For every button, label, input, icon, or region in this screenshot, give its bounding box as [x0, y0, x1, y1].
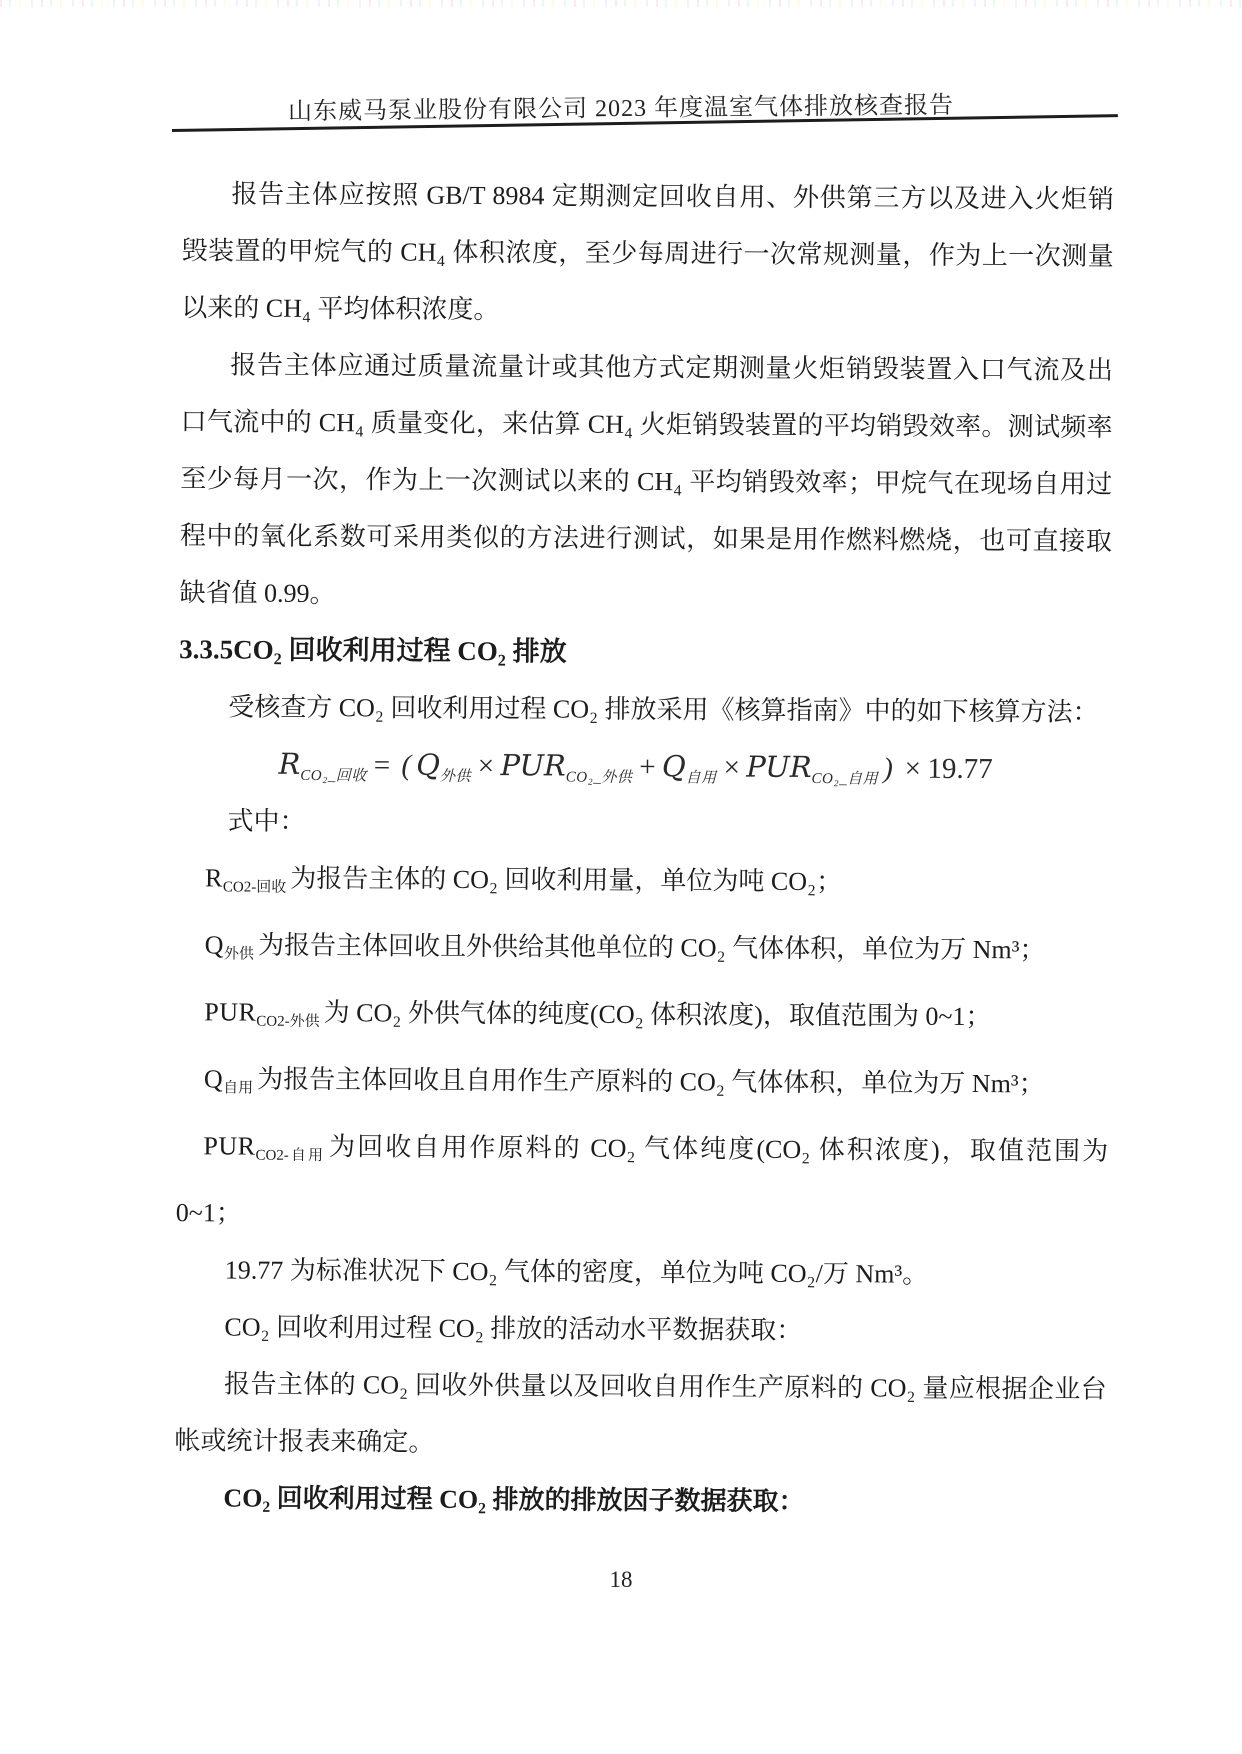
definition-q-external: Q外供为报告主体回收且外供给其他单位的 CO₂ 气体体积，单位为万 Nm³； [177, 916, 1109, 989]
paragraph-emission-factor: CO₂ 回收利用过程 CO₂ 排放的排放因子数据获取： [174, 1469, 1106, 1532]
formula-multiply-sign-1: × [471, 750, 501, 782]
formula-plus-sign: + [632, 751, 662, 783]
definition-pur-external-text: 为 CO₂ 外供气体的纯度(CO₂ 体积浓度)，取值范围为 0~1； [324, 998, 992, 1031]
definition-pur-external-symbol: PUR [204, 997, 256, 1026]
formula-q-external-subscript: 外供 [440, 769, 471, 785]
paragraph-flare-measurement: 报告主体应通过质量流量计或其他方式定期测量火炬销毁装置入口气流及出口气流中的 C… [179, 336, 1113, 627]
formula-q-external-symbol: Q [416, 748, 440, 782]
definition-q-external-text: 为报告主体回收且外供给其他单位的 CO₂ 气体体积，单位为万 Nm³； [258, 931, 1046, 965]
paragraph-method-intro: 受核查方 CO₂ 回收利用过程 CO₂ 排放采用《核算指南》中的如下核算方法： [179, 678, 1111, 741]
page-number: 18 [0, 1567, 1242, 1593]
formula-pur-external-symbol: PUR [500, 748, 565, 782]
paragraph-activity-data: CO₂ 回收利用过程 CO₂ 排放的活动水平数据获取： [175, 1298, 1107, 1361]
definition-pur-selfuse: PURCO2-自用为回收自用作原料的 CO₂ 气体纯度(CO₂ 体积浓度)，取值… [176, 1117, 1109, 1247]
definition-q-external-subscript: 外供 [224, 946, 254, 962]
formula-pur-external-subscript: CO₂_外供 [566, 770, 633, 786]
formula-close-paren: ) [878, 752, 898, 784]
formula-open-paren: ( [396, 749, 416, 781]
definition-r-symbol: R [205, 863, 223, 892]
formula-multiply-sign-3: × [898, 753, 928, 785]
definition-q-selfuse-text: 为报告主体回收且自用作生产原料的 CO₂ 气体体积，单位为万 Nm³； [257, 1065, 1045, 1099]
definition-q-external-symbol: Q [205, 930, 224, 959]
formula-lhs-subscript: CO₂_回收 [300, 768, 367, 784]
paragraph-data-source: 报告主体的 CO₂ 回收外供量以及回收自用作生产原料的 CO₂ 量应根据企业台帐… [174, 1355, 1107, 1475]
definition-r-subscript: CO2-回收 [223, 879, 286, 895]
formula-q-selfuse-subscript: 自用 [686, 770, 717, 786]
formula-pur-selfuse-subscript: CO₂_自用 [811, 771, 878, 787]
definition-pur-selfuse-subscript: CO2-自用 [255, 1148, 325, 1164]
definition-r-text: 为报告主体的 CO₂ 回收利用量，单位为吨 CO₂； [290, 864, 842, 896]
co2-recovery-formula: RCO₂_回收=(Q外供×PURCO₂_外供+Q自用×PURCO₂_自用)×19… [178, 735, 1110, 798]
formula-q-selfuse-symbol: Q [662, 749, 686, 783]
formula-multiply-sign-2: × [717, 751, 747, 783]
definition-r-recovery: RCO2-回收为报告主体的 CO₂ 回收利用量，单位为吨 CO₂； [178, 849, 1110, 922]
definition-q-selfuse-subscript: 自用 [223, 1080, 253, 1096]
definition-q-selfuse: Q自用为报告主体回收且自用作生产原料的 CO₂ 气体体积，单位为万 Nm³； [176, 1050, 1108, 1123]
definition-q-selfuse-symbol: Q [204, 1064, 223, 1093]
definition-pur-selfuse-symbol: PUR [203, 1131, 255, 1160]
paragraph-ch4-concentration: 报告主体应按照 GB/T 8984 定期测定回收自用、外供第三方以及进入火炬销毁… [181, 165, 1114, 342]
document-page: 山东威马泵业股份有限公司 2023 年度温室气体排放核查报告 报告主体应按照 G… [0, 0, 1242, 1754]
paragraph-density: 19.77 为标准状况下 CO₂ 气体的密度，单位为吨 CO₂/万 Nm³。 [175, 1241, 1107, 1304]
definition-pur-external-subscript: CO2-外供 [256, 1014, 319, 1030]
formula-lhs-symbol: R [278, 747, 300, 781]
definition-pur-selfuse-text: 为回收自用作原料的 CO₂ 气体纯度(CO₂ 体积浓度)，取值范围为 0~1； [176, 1132, 1109, 1227]
formula-equals-sign: = [367, 749, 397, 781]
definition-pur-external: PURCO2-外供为 CO₂ 外供气体的纯度(CO₂ 体积浓度)，取值范围为 0… [177, 983, 1109, 1056]
formula-constant: 19.77 [927, 753, 992, 785]
document-body: 报告主体应按照 GB/T 8984 定期测定回收自用、外供第三方以及进入火炬销毁… [174, 165, 1114, 1532]
formula-where-label: 式中： [178, 792, 1110, 855]
scan-noise-artifact [0, 0, 1242, 7]
formula-pur-selfuse-symbol: PUR [746, 750, 811, 784]
section-heading-3-3-5: 3.3.5CO₂ 回收利用过程 CO₂ 排放 [179, 621, 1111, 684]
